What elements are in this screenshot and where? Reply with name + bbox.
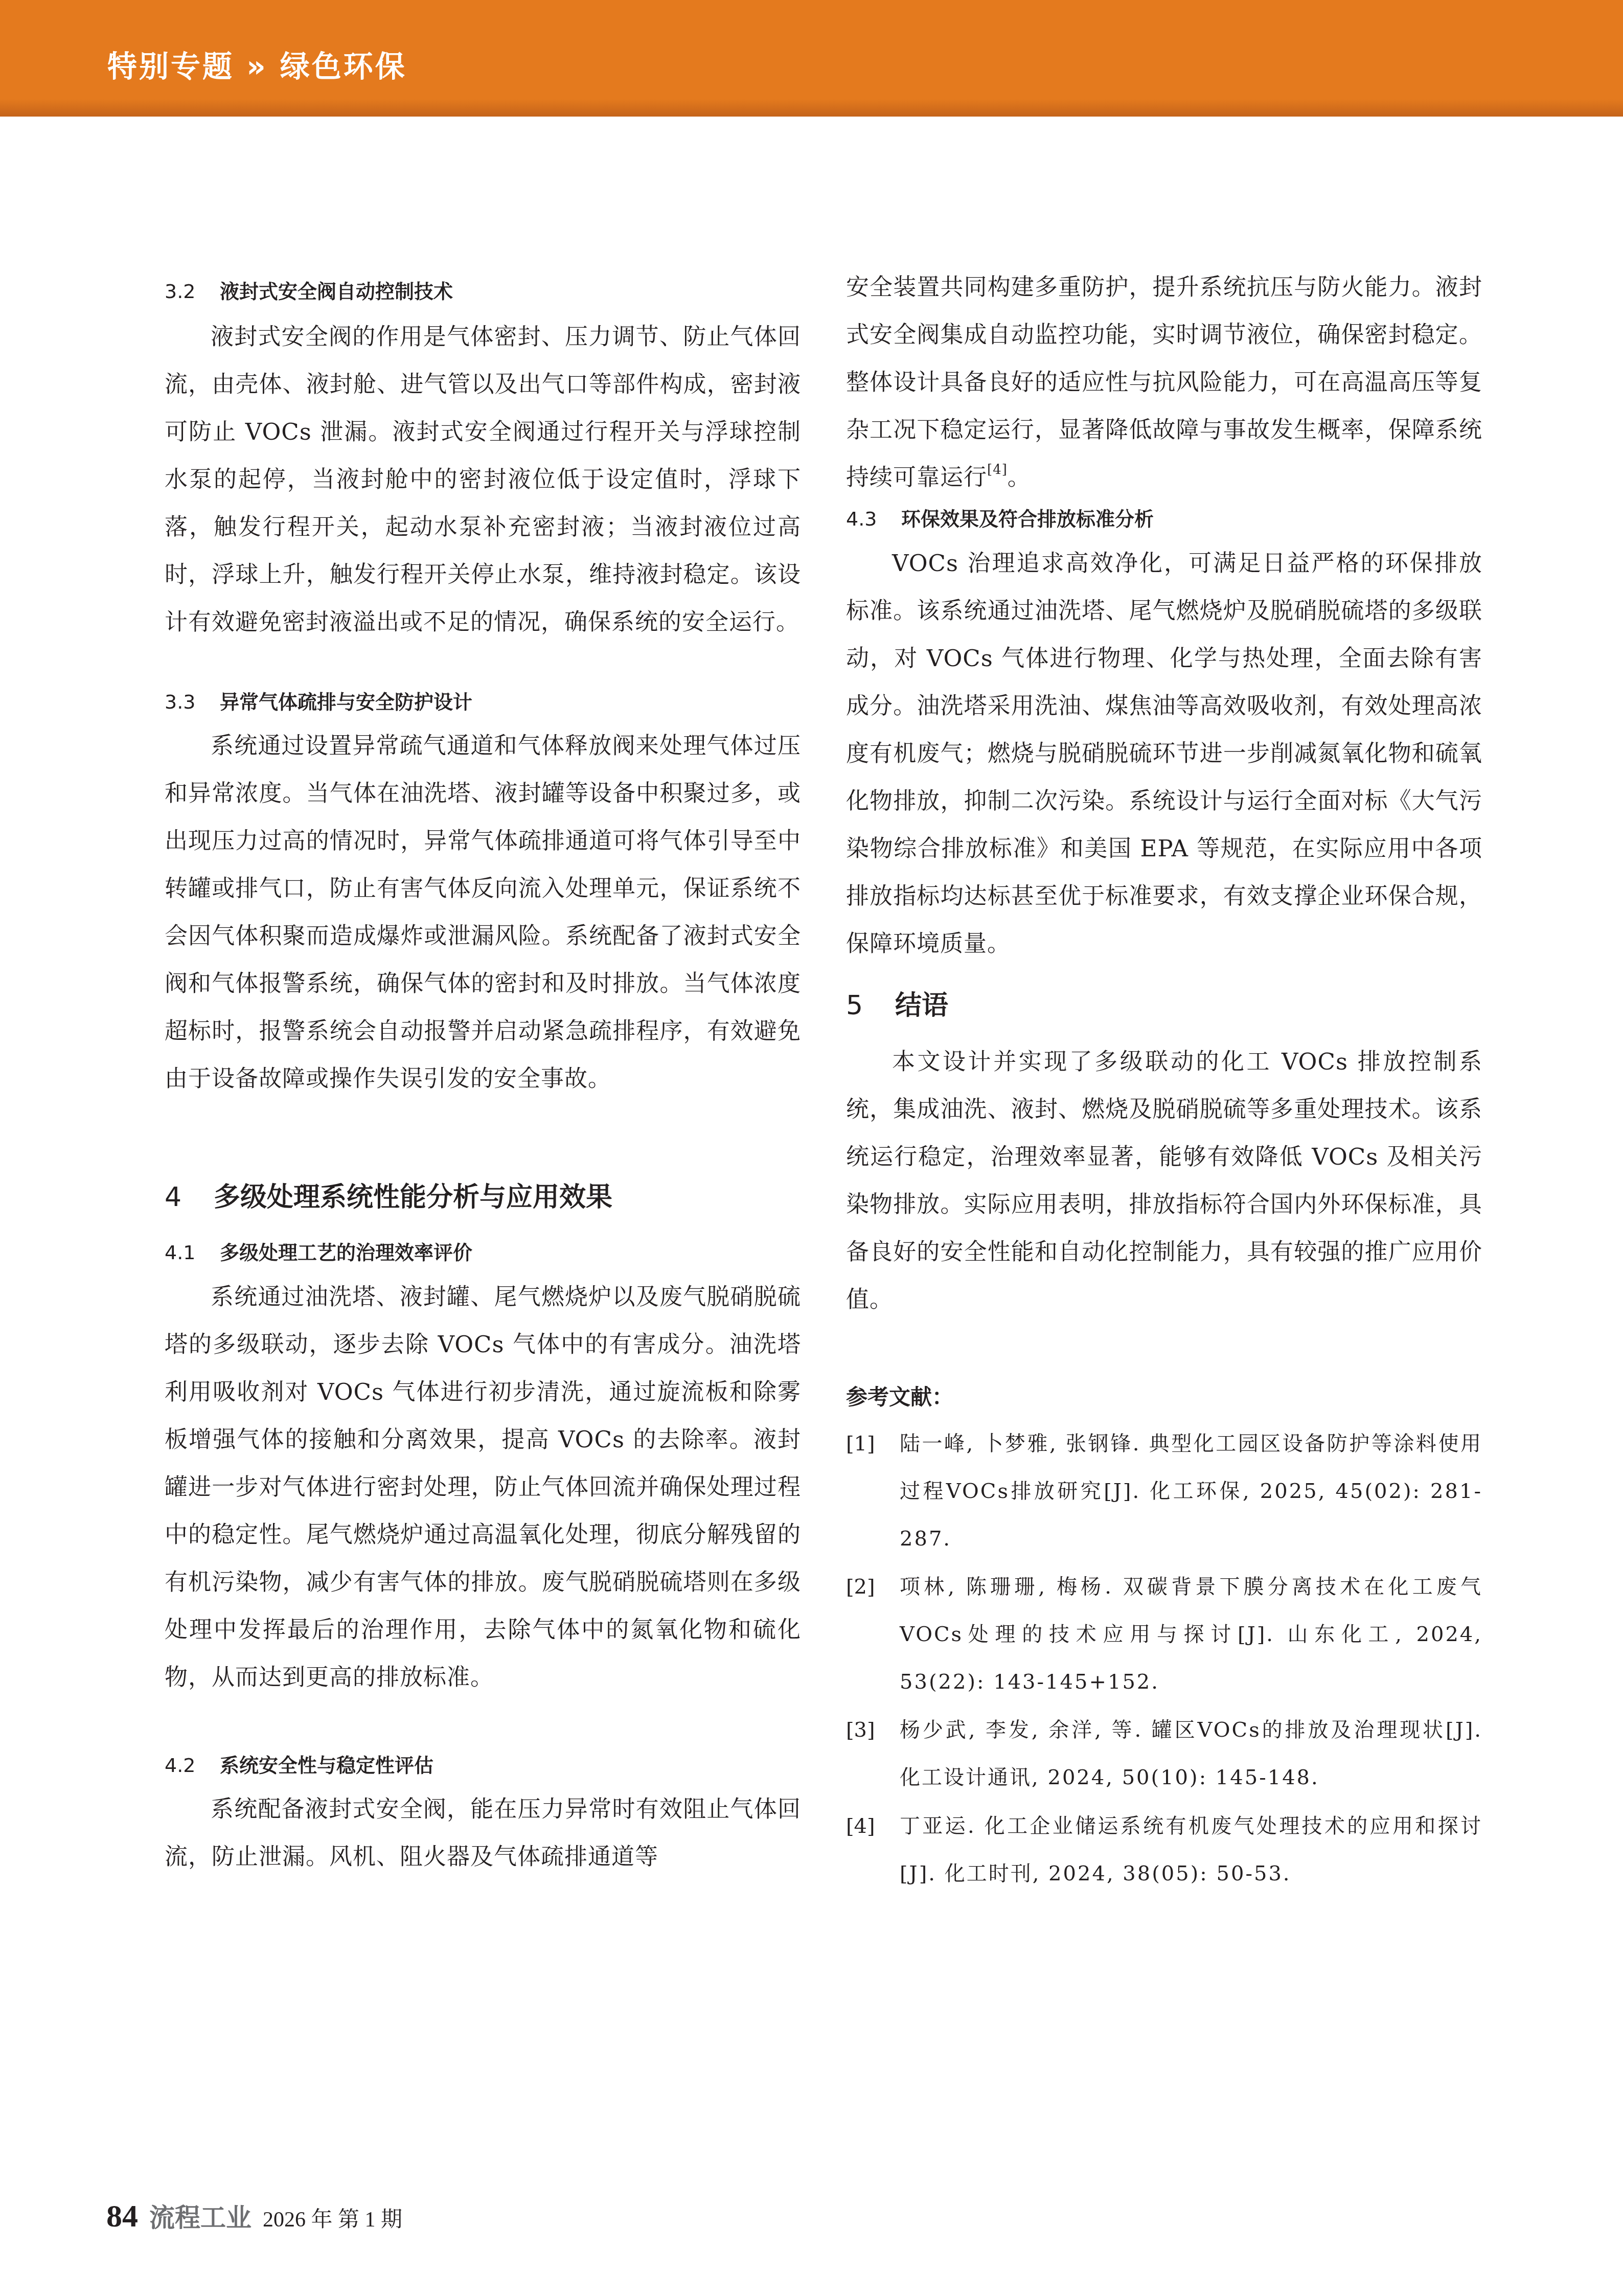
left-column: 3.2液封式安全阀自动控制技术 液封式安全阀的作用是气体密封、压力调节、防止气体… xyxy=(165,0,801,2296)
reference-item: [1] 陆一峰, 卜梦雅, 张钢锋. 典型化工园区设备防护等涂料使用过程VOCs… xyxy=(846,1420,1482,1563)
reference-item: [3] 杨少武, 李发, 余洋, 等. 罐区VOCs的排放及治理现状[J]. 化… xyxy=(846,1707,1482,1802)
section-title: 多级处理系统性能分析与应用效果 xyxy=(214,1182,612,1213)
right-column: 安全装置共同构建多重防护，提升系统抗压与防火能力。液封式安全阀集成自动监控功能，… xyxy=(846,0,1482,2296)
section-heading-4-2: 4.2系统安全性与稳定性评估 xyxy=(165,1753,433,1778)
section-title: 结语 xyxy=(895,990,948,1021)
issue-label: 2026 年 第 1 期 xyxy=(263,2208,402,2232)
section-title: 液封式安全阀自动控制技术 xyxy=(220,280,453,303)
page-number: 84 xyxy=(106,2199,138,2234)
section-number: 4 xyxy=(165,1181,214,1214)
section-title: 系统安全性与稳定性评估 xyxy=(220,1754,433,1777)
journal-name: 流程工业 xyxy=(149,2203,252,2232)
section-number: 4.1 xyxy=(165,1240,220,1265)
section-number: 4.3 xyxy=(846,506,901,532)
section-heading-4-3: 4.3环保效果及符合排放标准分析 xyxy=(846,506,1154,532)
reference-number: [3] xyxy=(846,1707,875,1754)
section-heading-3-3: 3.3异常气体疏排与安全防护设计 xyxy=(165,689,472,715)
reference-number: [1] xyxy=(846,1420,875,1468)
section-heading-5: 5结语 xyxy=(846,989,948,1022)
paragraph-3-3: 系统通过设置异常疏气通道和气体释放阀来处理气体过压和异常浓度。当气体在油洗塔、液… xyxy=(165,722,801,1102)
paragraph-4-2: 系统配备液封式安全阀，能在压力异常时有效阻止气体回流，防止泄漏。风机、阻火器及气… xyxy=(165,1785,801,1880)
reference-item: [4] 丁亚运. 化工企业储运系统有机废气处理技术的应用和探讨[J]. 化工时刊… xyxy=(846,1803,1482,1898)
section-heading-3-2: 3.2液封式安全阀自动控制技术 xyxy=(165,279,453,304)
section-title: 多级处理工艺的治理效率评价 xyxy=(220,1241,472,1264)
reference-text: 杨少武, 李发, 余洋, 等. 罐区VOCs的排放及治理现状[J]. 化工设计通… xyxy=(900,1707,1482,1802)
paragraph-4-1: 系统通过油洗塔、液封罐、尾气燃烧炉以及废气脱硝脱硫塔的多级联动，逐步去除 VOC… xyxy=(165,1273,801,1701)
reference-number: [4] xyxy=(846,1803,875,1850)
section-title: 异常气体疏排与安全防护设计 xyxy=(220,691,472,713)
reference-item: [2] 项林, 陈珊珊, 梅杨. 双碳背景下膜分离技术在化工废气VOCs处理的技… xyxy=(846,1563,1482,1706)
paragraph-text: 安全装置共同构建多重防护，提升系统抗压与防火能力。液封式安全阀集成自动监控功能，… xyxy=(846,274,1482,491)
reference-text: 项林, 陈珊珊, 梅杨. 双碳背景下膜分离技术在化工废气VOCs处理的技术应用与… xyxy=(900,1563,1482,1706)
paragraph-end: 。 xyxy=(1008,464,1031,491)
paragraph-4-2-continued: 安全装置共同构建多重防护，提升系统抗压与防火能力。液封式安全阀集成自动监控功能，… xyxy=(846,263,1482,501)
reference-text: 陆一峰, 卜梦雅, 张钢锋. 典型化工园区设备防护等涂料使用过程VOCs排放研究… xyxy=(900,1420,1482,1563)
paragraph-4-3: VOCs 治理追求高效净化，可满足日益严格的环保排放标准。该系统通过油洗塔、尾气… xyxy=(846,539,1482,967)
section-title: 环保效果及符合排放标准分析 xyxy=(901,508,1154,530)
page-footer: 84流程工业2026 年 第 1 期 xyxy=(106,2198,402,2242)
paragraph-5: 本文设计并实现了多级联动的化工 VOCs 排放控制系统，集成油洗、液封、燃烧及脱… xyxy=(846,1038,1482,1323)
references-title: 参考文献： xyxy=(846,1383,953,1412)
section-number: 3.2 xyxy=(165,279,220,304)
reference-text: 丁亚运. 化工企业储运系统有机废气处理技术的应用和探讨[J]. 化工时刊, 20… xyxy=(900,1803,1482,1898)
section-number: 5 xyxy=(846,989,895,1022)
reference-number: [2] xyxy=(846,1563,875,1611)
paragraph-3-2: 液封式安全阀的作用是气体密封、压力调节、防止气体回流，由壳体、液封舱、进气管以及… xyxy=(165,313,801,646)
section-number: 3.3 xyxy=(165,689,220,715)
section-heading-4-1: 4.1多级处理工艺的治理效率评价 xyxy=(165,1240,472,1265)
section-number: 4.2 xyxy=(165,1753,220,1778)
citation-marker: [4] xyxy=(987,462,1008,478)
section-heading-4: 4多级处理系统性能分析与应用效果 xyxy=(165,1181,612,1214)
